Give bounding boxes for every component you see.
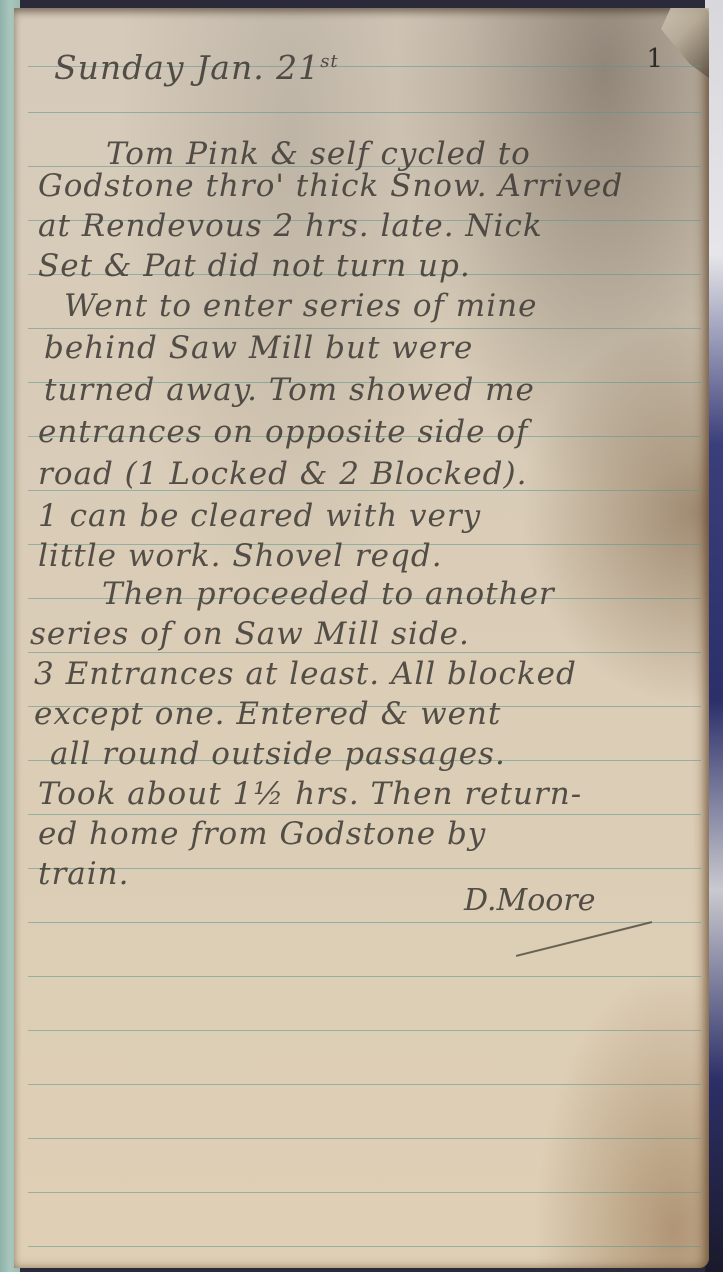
entry-line: Set & Pat did not turn up. [38, 248, 471, 284]
ruled-line [28, 652, 701, 653]
ruled-line [28, 976, 701, 977]
entry-line: little work. Shovel reqd. [38, 538, 443, 574]
ruled-line [28, 112, 701, 113]
signature-underline [516, 921, 652, 957]
ruled-line [28, 1246, 701, 1247]
ruled-line [28, 814, 701, 815]
entry-line: ed home from Godstone by [38, 816, 486, 852]
ruled-line [28, 1192, 701, 1193]
entry-line: behind Saw Mill but were [44, 330, 473, 366]
entry-line: series of on Saw Mill side. [30, 616, 470, 652]
ruled-line [28, 328, 701, 329]
entry-line: train. [38, 856, 130, 892]
entry-line: road (1 Locked & 2 Blocked). [38, 456, 527, 492]
entry-line: 1 can be cleared with very [38, 498, 481, 534]
notebook-page: 1 Sunday Jan. 21st Tom Pink & self cycle… [14, 8, 709, 1268]
entry-line: Tom Pink & self cycled to [106, 136, 531, 172]
entry-line: Went to enter series of mine [64, 288, 537, 324]
entry-line: entrances on opposite side of [38, 414, 529, 450]
folded-corner [661, 8, 709, 78]
ruled-line [28, 1084, 701, 1085]
entry-line: Took about 1½ hrs. Then return- [38, 776, 582, 812]
entry-line: 3 Entrances at least. All blocked [34, 656, 577, 692]
entry-date: Sunday Jan. 21st [54, 48, 339, 87]
ruled-line [28, 1138, 701, 1139]
entry-line: except one. Entered & went [34, 696, 501, 732]
signature: D.Moore [464, 883, 595, 918]
entry-line: Then proceeded to another [102, 576, 555, 612]
entry-line: Godstone thro' thick Snow. Arrived [38, 168, 623, 204]
entry-line: at Rendevous 2 hrs. late. Nick [38, 208, 543, 244]
page-number: 1 [646, 44, 663, 74]
entry-line: all round outside passages. [50, 736, 506, 772]
ruled-line [28, 922, 701, 923]
ruled-line [28, 1030, 701, 1031]
entry-line: turned away. Tom showed me [44, 372, 535, 408]
